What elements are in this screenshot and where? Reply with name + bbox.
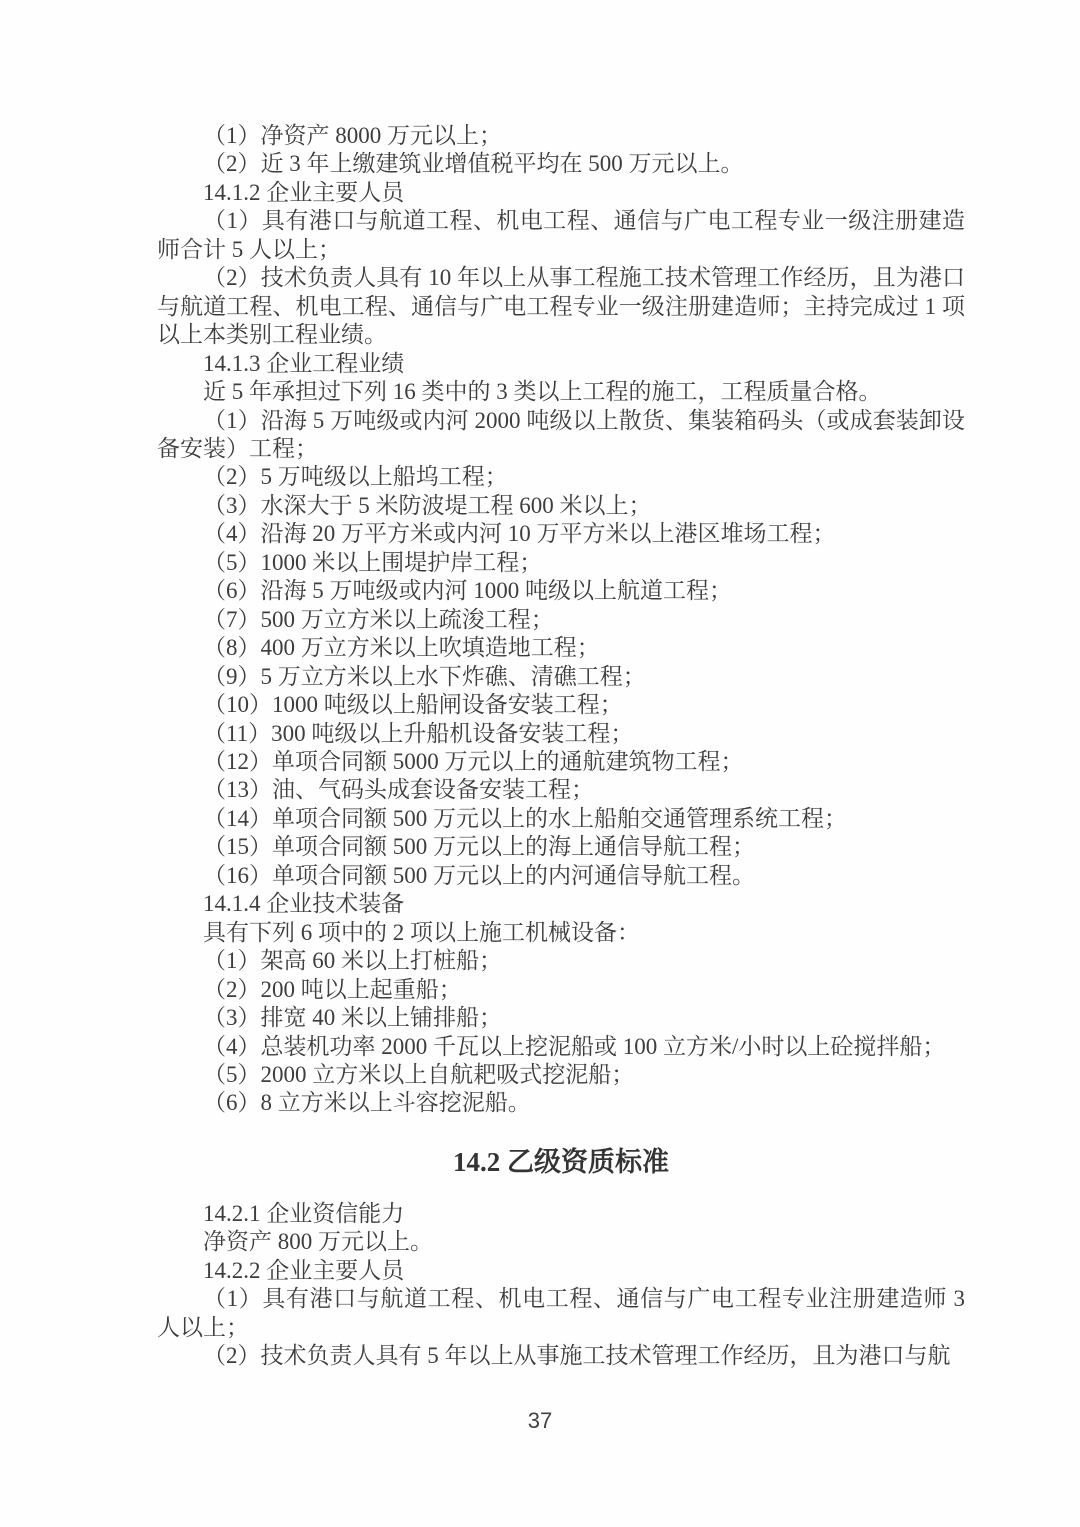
section-title-14-2: 14.2 乙级资质标准: [157, 1144, 965, 1180]
equipment-item-6: （6）8 立方米以上斗容挖泥船。: [157, 1089, 965, 1117]
performance-item-10: （10）1000 吨级以上船闸设备安装工程；: [157, 691, 965, 719]
performance-item-2: （2）5 万吨级以上船坞工程；: [157, 463, 965, 491]
performance-item-13: （13）油、气码头成套设备安装工程；: [157, 776, 965, 804]
performance-item-15: （15）单项合同额 500 万元以上的海上通信导航工程；: [157, 833, 965, 861]
equipment-item-5: （5）2000 立方米以上自航耙吸式挖泥船；: [157, 1061, 965, 1089]
subsection-title-14-1-3: 14.1.3 企业工程业绩: [157, 350, 965, 378]
subsection-title-14-1-4: 14.1.4 企业技术装备: [157, 890, 965, 918]
subsection-title-14-2-1: 14.2.1 企业资信能力: [157, 1200, 965, 1228]
performance-item-4: （4）沿海 20 万平方米或内河 10 万平方米以上港区堆场工程；: [157, 520, 965, 548]
page-number: 37: [528, 1408, 552, 1433]
performance-intro: 近 5 年承担过下列 16 类中的 3 类以上工程的施工，工程质量合格。: [157, 378, 965, 406]
subsection-title-14-1-2: 14.1.2 企业主要人员: [157, 179, 965, 207]
subsection-title-14-2-2: 14.2.2 企业主要人员: [157, 1257, 965, 1285]
clause-personnel-1: （1）具有港口与航道工程、机电工程、通信与广电工程专业一级注册建造师合计 5 人…: [157, 207, 965, 264]
document-page: （1）净资产 8000 万元以上； （2）近 3 年上缴建筑业增值税平均在 50…: [0, 0, 1080, 1527]
clause-personnel-b-2: （2）技术负责人具有 5 年以上从事施工技术管理工作经历，且为港口与航: [157, 1342, 965, 1370]
performance-item-9: （9）5 万立方米以上水下炸礁、清礁工程；: [157, 663, 965, 691]
clause-personnel-2: （2）技术负责人具有 10 年以上从事工程施工技术管理工作经历，且为港口与航道工…: [157, 264, 965, 349]
clause-net-assets-b: 净资产 800 万元以上。: [157, 1228, 965, 1256]
performance-item-6: （6）沿海 5 万吨级或内河 1000 吨级以上航道工程；: [157, 577, 965, 605]
clause-tax: （2）近 3 年上缴建筑业增值税平均在 500 万元以上。: [157, 150, 965, 178]
performance-item-7: （7）500 万立方米以上疏浚工程；: [157, 606, 965, 634]
equipment-item-4: （4）总装机功率 2000 千瓦以上挖泥船或 100 立方米/小时以上砼搅拌船；: [157, 1033, 965, 1061]
performance-item-3: （3）水深大于 5 米防波堤工程 600 米以上；: [157, 492, 965, 520]
equipment-item-2: （2）200 吨以上起重船；: [157, 976, 965, 1004]
page-footer: 37: [0, 1408, 1080, 1434]
performance-item-5: （5）1000 米以上围堤护岸工程；: [157, 549, 965, 577]
performance-item-16: （16）单项合同额 500 万元以上的内河通信导航工程。: [157, 862, 965, 890]
performance-item-8: （8）400 万立方米以上吹填造地工程；: [157, 634, 965, 662]
page-content: （1）净资产 8000 万元以上； （2）近 3 年上缴建筑业增值税平均在 50…: [157, 122, 965, 1371]
equipment-item-3: （3）排宽 40 米以上铺排船；: [157, 1004, 965, 1032]
performance-item-14: （14）单项合同额 500 万元以上的水上船舶交通管理系统工程；: [157, 805, 965, 833]
performance-item-1: （1）沿海 5 万吨级或内河 2000 吨级以上散货、集装箱码头（或成套装卸设备…: [157, 407, 965, 464]
equipment-intro: 具有下列 6 项中的 2 项以上施工机械设备：: [157, 919, 965, 947]
performance-item-11: （11）300 吨级以上升船机设备安装工程；: [157, 720, 965, 748]
equipment-item-1: （1）架高 60 米以上打桩船；: [157, 947, 965, 975]
clause-net-assets: （1）净资产 8000 万元以上；: [157, 122, 965, 150]
clause-personnel-b-1: （1）具有港口与航道工程、机电工程、通信与广电工程专业注册建造师 3 人以上；: [157, 1285, 965, 1342]
performance-item-12: （12）单项合同额 5000 万元以上的通航建筑物工程；: [157, 748, 965, 776]
